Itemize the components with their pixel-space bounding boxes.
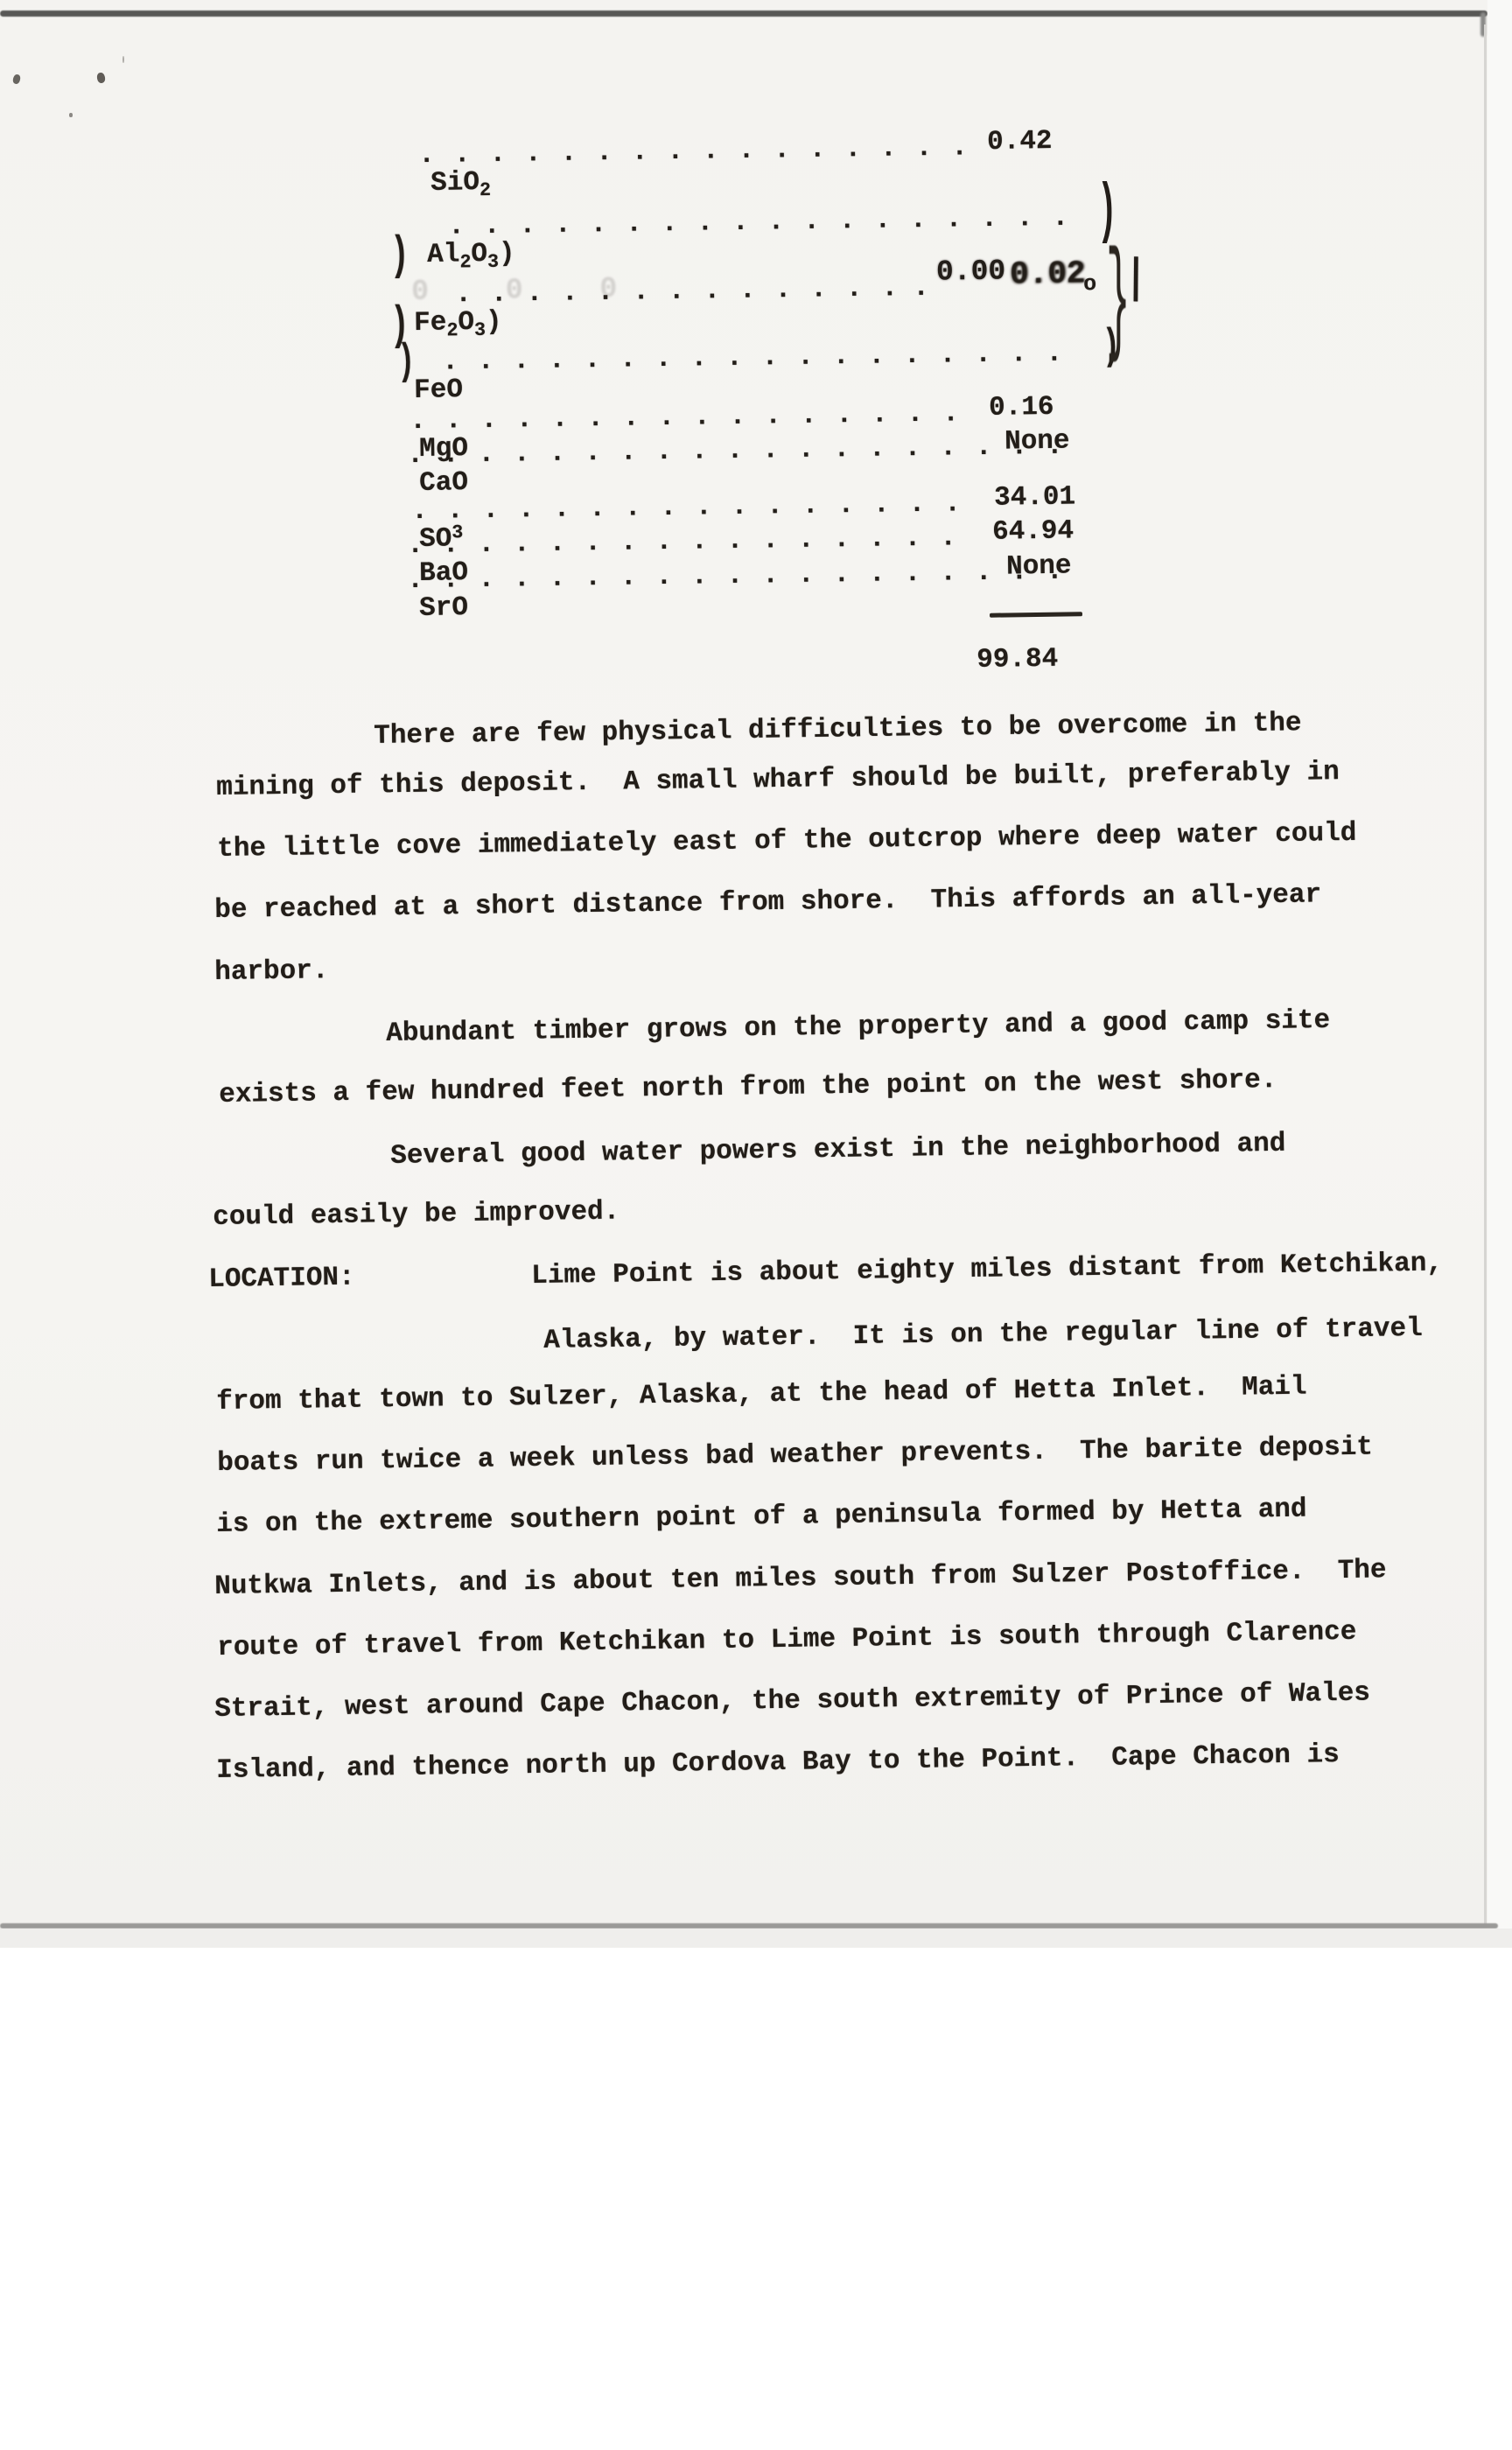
scan-right-margin	[1487, 0, 1512, 1948]
body-line: from that town to Sulzer, Alaska, at the…	[216, 1372, 1307, 1417]
subscript: 3	[474, 318, 486, 340]
analysis-total: 99.84	[976, 644, 1058, 675]
scan-speck	[96, 72, 106, 83]
formula-label: Al2O3)	[427, 239, 515, 270]
left-brace-fragment: )	[390, 299, 409, 353]
analysis-value: None	[1004, 426, 1070, 458]
body-line: be reached at a short distance from shor…	[214, 879, 1321, 926]
body-line: Abundant timber grows on the property an…	[386, 1005, 1330, 1049]
formula-label: Fe2O3)	[414, 307, 502, 339]
formula-label: SrO	[419, 592, 468, 624]
bracket: )	[486, 307, 502, 338]
subscript: 2	[479, 178, 491, 200]
dot-leader: ..................	[442, 338, 1081, 377]
body-line: Strait, west around Cape Chacon, the sou…	[214, 1678, 1370, 1725]
body-line: could easily be improved.	[213, 1197, 620, 1233]
analysis-value: 0.16	[989, 392, 1054, 423]
analysis-value: 64.94	[992, 516, 1074, 548]
scan-speck	[122, 56, 124, 63]
scan-right-edge	[1484, 24, 1487, 1925]
subscript: 2	[459, 251, 471, 273]
dot-leader: .	[913, 273, 929, 304]
dot-leader: .............	[455, 273, 917, 310]
body-line: boats run twice a week unless bad weathe…	[217, 1432, 1373, 1479]
location-line: Alaska, by water. It is on the regular l…	[543, 1313, 1423, 1356]
scan-speck	[12, 73, 21, 85]
document-page: SiO2 ................ 0.42 Al2O3) ......…	[0, 0, 1512, 1929]
analysis-value: None	[1006, 551, 1072, 583]
dot-leader: ...................	[407, 556, 1082, 596]
analysis-value: 0.42	[987, 126, 1053, 157]
body-line: Nutkwa Inlets, and is about ten miles so…	[214, 1555, 1387, 1602]
body-line: exists a few hundred feet north from the…	[219, 1065, 1277, 1110]
body-line: Island, and thence north up Cordova Bay …	[216, 1739, 1340, 1786]
body-line: Several good water powers exist in the n…	[390, 1129, 1286, 1172]
dot-leader: ................	[418, 132, 987, 171]
overstruck-value: 0.00	[936, 255, 1006, 289]
scan-top-edge	[0, 10, 1487, 17]
body-line: route of travel from Ketchikan to Lime P…	[217, 1617, 1357, 1663]
body-line: the little cove immediately east of the …	[217, 818, 1357, 864]
right-brace: }	[1106, 233, 1130, 374]
overstruck-value: o	[1083, 271, 1096, 297]
subscript: 3	[487, 250, 499, 272]
body-line: is on the extreme southern point of a pe…	[216, 1494, 1307, 1540]
body-line: mining of this deposit. A small wharf sh…	[216, 757, 1340, 803]
formula-label: SiO2	[430, 167, 491, 199]
left-brace-fragment: )	[390, 229, 409, 283]
total-rule	[990, 612, 1082, 617]
body-line: harbor.	[214, 955, 329, 988]
dot-leader: ...................	[407, 430, 1082, 471]
analysis-value: 34.01	[994, 481, 1075, 513]
scan-bottom-band	[0, 1928, 1512, 1948]
scanned-document: { "colors": { "paper": "#f4f3f0", "ink":…	[0, 0, 1512, 2450]
overstruck-value: 0.02	[1010, 255, 1086, 292]
analysis-row-sro: SrO ................... None	[353, 562, 470, 717]
subscript: 2	[446, 319, 458, 341]
bracket: )	[499, 239, 515, 269]
dot-leader: ..................	[448, 202, 1088, 241]
scan-speck	[69, 113, 73, 117]
location-line: Lime Point is about eighty miles distant…	[531, 1248, 1443, 1291]
body-line: There are few physical difficulties to b…	[374, 708, 1302, 752]
location-heading: LOCATION:	[208, 1263, 355, 1295]
formula-label: FeO	[414, 374, 463, 406]
